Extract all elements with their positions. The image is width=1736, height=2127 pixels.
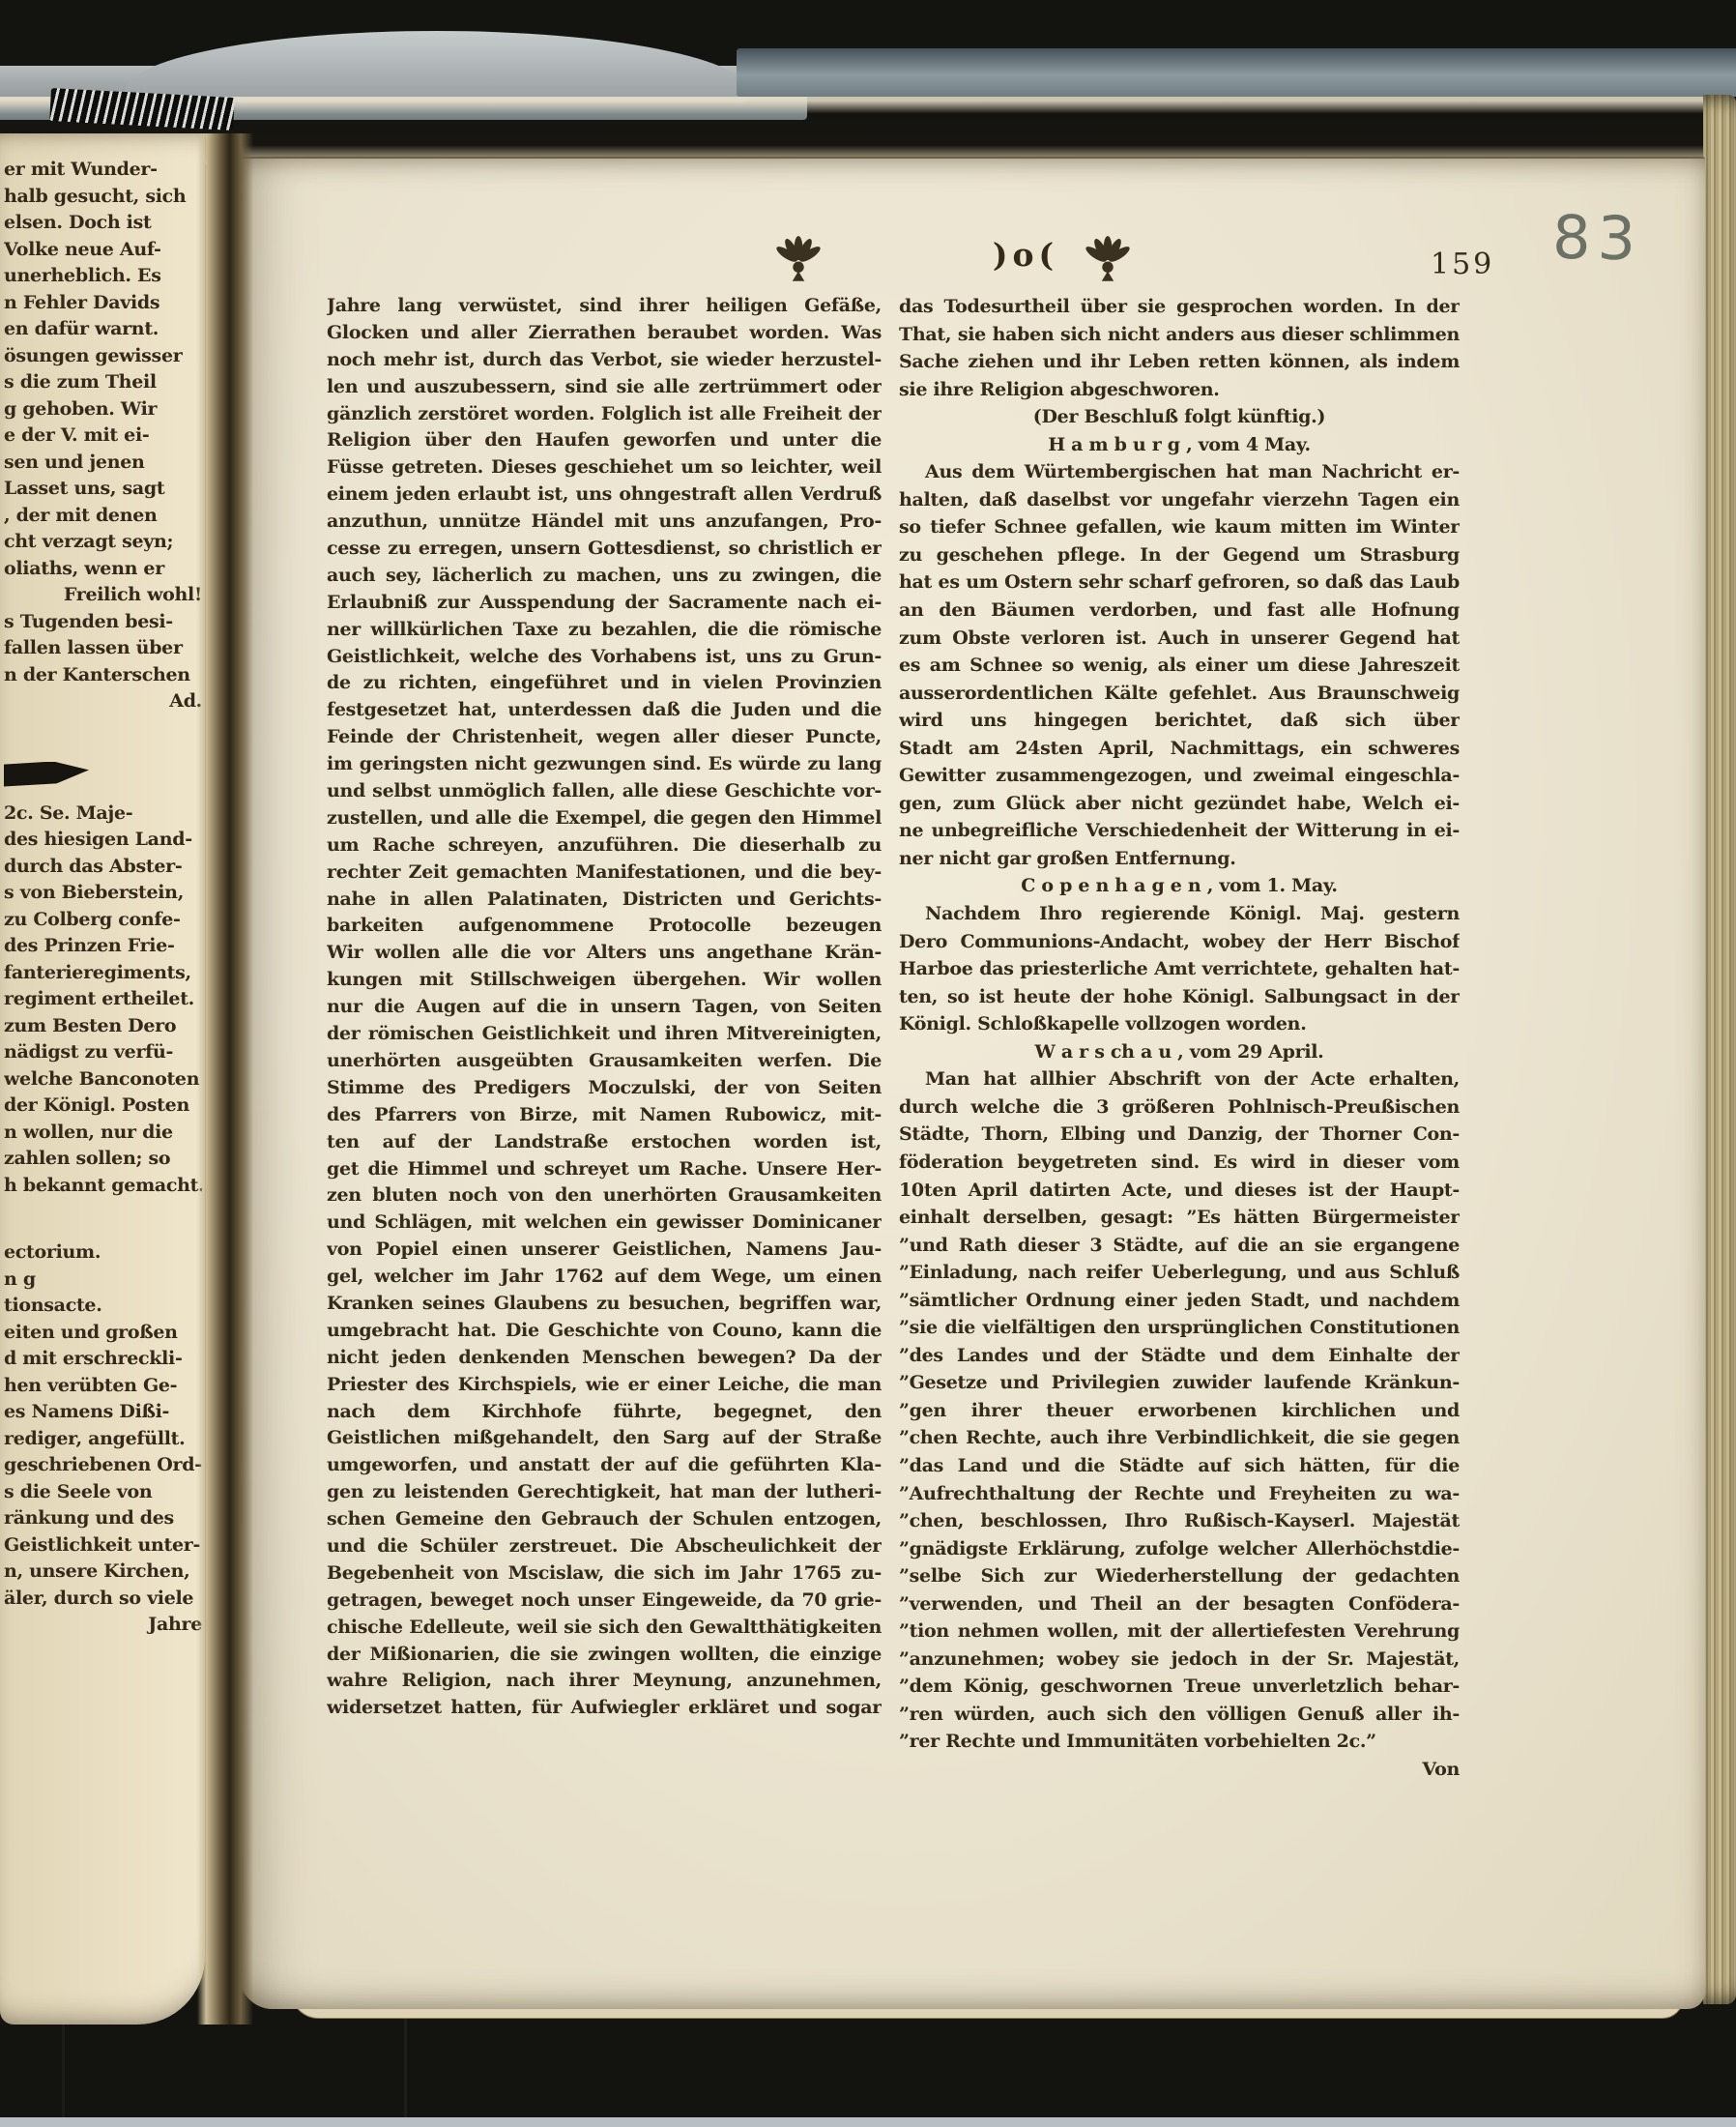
text-line: Gewitter zusammengezogen, und zweimal ei… <box>899 762 1460 790</box>
text-line: Geistlichkeit unter- <box>4 1532 202 1559</box>
text-line: ten, so ist heute der hohe Königl. Salbu… <box>899 983 1460 1011</box>
text-line: Ad. <box>4 688 202 715</box>
text-line: ectorium. <box>4 1239 202 1267</box>
text-line: des hiesigen Land- <box>4 827 202 854</box>
text-line: ”sämtlicher Ordnung einer jeden Stadt, u… <box>899 1287 1460 1315</box>
text-line: tionsacte. <box>4 1293 202 1320</box>
text-line: Priester des Kirchspiels, wie er einer L… <box>327 1372 882 1399</box>
text-line: ”gnädigste Erklärung, zufolge welcher Al… <box>899 1535 1460 1563</box>
text-line: Volke neue Auf- <box>4 237 202 264</box>
text-line: und Schlägen, mit welchen ein gewisser D… <box>327 1209 882 1237</box>
text-column-right: das Todesurtheil über sie gesprochen wor… <box>899 293 1460 1801</box>
text-line: Sache ziehen und ihr Leben retten können… <box>899 348 1460 376</box>
text-line: fallen lassen über <box>4 635 202 662</box>
text-line: ne unbegreifliche Verschiedenheit der Wi… <box>899 817 1460 845</box>
text-line: Königl. Schloßkapelle vollzogen worden. <box>899 1010 1460 1038</box>
text-line: äler, durch so viele <box>4 1586 202 1613</box>
text-line: ösungen gewisser <box>4 343 202 370</box>
text-line: ”Aufrechthaltung der Rechte und Freyheit… <box>899 1480 1460 1508</box>
text-line: der Mißionarien, die sie zwingen wollten… <box>327 1642 882 1669</box>
text-line: ner willkürlichen Taxe zu bezahlen, die … <box>327 617 882 644</box>
text-line: Erlaubniß zur Ausspendung der Sacramente… <box>327 590 882 617</box>
page-top-edges-shading <box>0 97 1724 164</box>
scan-seam <box>404 2017 407 2123</box>
text-line: n, unsere Kirchen, <box>4 1559 202 1586</box>
text-line: s die Seele von <box>4 1479 202 1506</box>
text-line: Von <box>899 1756 1460 1784</box>
header-separator-mark: )o( <box>972 236 1079 280</box>
text-line: wahre Religion, nach ihrer Meynung, anzu… <box>327 1668 882 1695</box>
text-line: Füsse getreten. Dieses geschiehet um so … <box>327 454 882 481</box>
printed-page-number: 159 <box>1431 248 1537 286</box>
text-line: des Prinzen Frie- <box>4 933 202 960</box>
text-line: ”das Land und die Städte auf sich hätten… <box>899 1452 1460 1480</box>
text-line: getragen, beweget noch unser Eingeweide,… <box>327 1588 882 1615</box>
penciled-folio-number: 83 <box>1551 202 1689 291</box>
text-line: es Namens Dißi- <box>4 1399 202 1426</box>
text-line: ”und Rath dieser 3 Städte, auf die an si… <box>899 1232 1460 1260</box>
text-line: ”ren würden, auch sich den völligen Genu… <box>899 1701 1460 1729</box>
text-line: get die Himmel und schreyet um Rache. Un… <box>327 1156 882 1183</box>
text-line: ten auf der Landstraße erstochen worden … <box>327 1129 882 1156</box>
text-line: ”sie die vielfältigen den ursprünglichen… <box>899 1314 1460 1342</box>
text-line: von Popiel einen unserer Geistlichen, Na… <box>327 1237 882 1264</box>
text-line: barkeiten aufgenommene Protocolle bezeug… <box>327 913 882 940</box>
text-line: Geistlichkeit, welche des Vorhabens ist,… <box>327 644 882 671</box>
fleuron-icon <box>773 234 824 288</box>
text-line: durch welche die 3 größeren Pohlnisch-Pr… <box>899 1093 1460 1122</box>
text-line: nicht jeden denkenden Menschen bewegen? … <box>327 1345 882 1372</box>
text-line: noch mehr ist, durch das Verbot, sie wie… <box>327 347 882 374</box>
text-line: zum Besten Dero <box>4 1013 202 1040</box>
text-line: d mit erschreckli- <box>4 1346 202 1373</box>
text-line: ränkung und des <box>4 1505 202 1532</box>
text-line: ner nicht gar großen Entfernung. <box>899 845 1460 873</box>
text-line: Kranken seines Glaubens zu besuchen, beg… <box>327 1291 882 1318</box>
text-line: fanterieregiments, <box>4 960 202 987</box>
book-scan: er mit Wunder-halb gesucht, sichelsen. D… <box>0 0 1736 2127</box>
text-line: nur die Augen auf die in unsern Tagen, v… <box>327 994 882 1021</box>
text-line: Aus dem Würtembergischen hat man Nachric… <box>899 458 1460 486</box>
text-line: n wollen, nur die <box>4 1120 202 1147</box>
text-line: der römischen Geistlichkeit und ihren Mi… <box>327 1021 882 1048</box>
binding-cloth-band-right <box>737 48 1736 97</box>
text-line: der Königl. Posten <box>4 1093 202 1120</box>
text-line: gel, welcher im Jahr 1762 auf dem Wege, … <box>327 1264 882 1291</box>
text-line: , der mit denen <box>4 503 202 530</box>
text-line: Man hat allhier Abschrift von der Acte e… <box>899 1065 1460 1093</box>
text-line: zen bluten noch von den unerhörten Graus… <box>327 1182 882 1209</box>
text-line: ”rer Rechte und Immunitäten vorbehielten… <box>899 1728 1460 1756</box>
text-line: (Der Beschluß folgt künftig.) <box>899 403 1460 431</box>
text-line: so tiefer Schnee gefallen, wie kaum mitt… <box>899 513 1460 541</box>
text-line: n Fehler Davids <box>4 290 202 317</box>
text-line: halb gesucht, sich <box>4 184 202 211</box>
text-line: nädigst zu verfü- <box>4 1039 202 1066</box>
text-line: Lasset uns, sagt <box>4 476 202 503</box>
fleuron-icon <box>1083 234 1133 288</box>
text-line: ”chen, beschlossen, Ihro Rußisch-Kayserl… <box>899 1507 1460 1535</box>
text-line: und die Schüler zerstreuet. Die Abscheul… <box>327 1533 882 1560</box>
text-line: n g <box>4 1267 202 1294</box>
text-line: regiment ertheilet. <box>4 986 202 1013</box>
text-column-left: Jahre lang verwüstet, sind ihrer heilige… <box>327 293 882 1734</box>
text-line: Nachdem Ihro regierende Königl. Maj. ges… <box>899 900 1460 928</box>
text-line: im geringsten nicht gezwungen sind. Es w… <box>327 751 882 778</box>
text-line: föderation beygetreten sind. Es wird in … <box>899 1149 1460 1177</box>
text-line: ”anzunehmen; wobey sie jedoch in der Sr.… <box>899 1646 1460 1674</box>
text-line: um Rache schreyen, anzuführen. Die diese… <box>327 832 882 860</box>
text-line: 2c. Se. Maje- <box>4 801 202 828</box>
text-line: gen, zum Glück aber nicht gezündet habe,… <box>899 790 1460 818</box>
text-line: Stadt am 24sten April, Nachmittags, ein … <box>899 735 1460 763</box>
text-line: ”gen ihrer theuer erworbenen kirchlichen… <box>899 1397 1460 1425</box>
left-page-fragment-text: er mit Wunder-halb gesucht, sichelsen. D… <box>4 157 202 1858</box>
scan-seam <box>62 2021 65 2123</box>
text-line: zu Colberg confe- <box>4 907 202 934</box>
text-line: nahe in allen Palatinaten, Districten un… <box>327 887 882 914</box>
text-line: durch das Abster- <box>4 854 202 881</box>
text-line: halten, daß daselbst vor ungefahr vierze… <box>899 486 1460 514</box>
text-line: de zu richten, eingeführet und in vielen… <box>327 670 882 697</box>
text-line: ”Einladung, nach reifer Ueberlegung, und… <box>899 1259 1460 1287</box>
text-line: an den Bäumen verdorben, und fast alle H… <box>899 597 1460 625</box>
text-line: kungen mit Stillschweigen übergehen. Wir… <box>327 967 882 994</box>
text-line: Stimme des Predigers Moczulski, der von … <box>327 1075 882 1102</box>
text-line: Geistlichen mißgehandelt, den Sarg auf d… <box>327 1425 882 1452</box>
text-line: hen verübten Ge- <box>4 1373 202 1400</box>
text-line: Wir wollen alle die vor Alters uns anget… <box>327 940 882 967</box>
text-line: ausserordentlichen Kälte gefehlet. Aus B… <box>899 680 1460 708</box>
text-line: es am Schnee so wenig, als einer um dies… <box>899 652 1460 680</box>
text-line: 10ten April datirten Acte, und dieses is… <box>899 1177 1460 1205</box>
spacer <box>4 715 202 754</box>
text-line: Feinde der Christenheit, wegen aller die… <box>327 724 882 751</box>
fore-edge-page-stack <box>1703 95 1736 2004</box>
text-line: ”dem König, geschwornen Treue unverletzl… <box>899 1673 1460 1701</box>
text-line: len und auszubessern, sind sie alle zert… <box>327 374 882 401</box>
text-line: C o p e n h a g e n , vom 1. May. <box>899 872 1460 900</box>
text-line: welche Banconoten <box>4 1066 202 1093</box>
text-line: nach dem Kirchhofe führte, begegnet, den… <box>327 1399 882 1426</box>
text-line: rechter Zeit gemachten Manifestationen, … <box>327 860 882 887</box>
text-line: ”des Landes und der Städte und dem Einha… <box>899 1342 1460 1370</box>
text-line: hat es um Ostern sehr scharf gefroren, s… <box>899 568 1460 597</box>
text-line: eiten und großen <box>4 1320 202 1347</box>
text-line: anzuthun, unnütze Händel mit uns anzufan… <box>327 509 882 536</box>
text-line: e der V. mit ei- <box>4 422 202 450</box>
text-line: h bekannt gemacht. <box>4 1173 202 1200</box>
text-line: H a m b u r g , vom 4 May. <box>899 431 1460 459</box>
text-line: das Todesurtheil über sie gesprochen wor… <box>899 293 1460 321</box>
text-line: zustellen, und alle die Exempel, die geg… <box>327 805 882 832</box>
text-line: oliaths, wenn er <box>4 556 202 583</box>
text-line: s von Bieberstein, <box>4 880 202 907</box>
text-line: en dafür warnt. <box>4 316 202 343</box>
text-line: Städte, Thorn, Elbing und Danzig, der Th… <box>899 1121 1460 1149</box>
text-line: Jahre lang verwüstet, sind ihrer heilige… <box>327 293 882 320</box>
text-line: chische Edelleute, weil sie sich den Gew… <box>327 1615 882 1642</box>
ink-blot-mark <box>4 762 89 787</box>
text-line: elsen. Doch ist <box>4 210 202 237</box>
text-line: g gehoben. Wir <box>4 396 202 423</box>
text-line: s Tugenden besi- <box>4 609 202 636</box>
text-line: gänzlich zerstöret worden. Folglich ist … <box>327 401 882 428</box>
text-line: Religion über den Haufen geworfen und un… <box>327 427 882 454</box>
text-line: umgebracht hat. Die Geschichte von Couno… <box>327 1318 882 1345</box>
text-line: That, sie haben sich nicht anders aus di… <box>899 321 1460 349</box>
text-line: zum Obste verloren ist. Auch in unserer … <box>899 625 1460 653</box>
text-line: Dero Communions-Andacht, wobey der Herr … <box>899 928 1460 956</box>
text-line: sen und jenen <box>4 450 202 477</box>
fleuron-ornament-left <box>773 234 824 288</box>
fleuron-ornament-right <box>1083 234 1133 288</box>
text-line: ”chen Rechte, auch ihre Verbindlichkeit,… <box>899 1424 1460 1452</box>
text-line: festgesetzet hat, unterdessen daß die Ju… <box>327 697 882 724</box>
text-line: cesse zu erregen, unsern Gottesdienst, s… <box>327 536 882 563</box>
scanner-bed-strip <box>0 2117 1736 2127</box>
text-line: Jahre <box>4 1612 202 1639</box>
text-line: s die zum Theil <box>4 369 202 396</box>
text-line: ”Gesetze und Privilegien zuwider laufend… <box>899 1369 1460 1397</box>
text-line: ”selbe Sich zur Wiederherstellung der ge… <box>899 1562 1460 1590</box>
text-line: W a r s ch a u , vom 29 April. <box>899 1038 1460 1066</box>
text-line: geschriebenen Ord- <box>4 1452 202 1479</box>
text-line: zahlen sollen; so <box>4 1146 202 1173</box>
text-line: und selbst unmöglich fallen, alle diese … <box>327 778 882 805</box>
text-line: wird uns hingegen berichtet, daß sich üb… <box>899 707 1460 735</box>
text-line: umgeworfen, und anstatt der auf die gefü… <box>327 1452 882 1479</box>
text-line: unerheblich. Es <box>4 263 202 290</box>
text-line: er mit Wunder- <box>4 157 202 184</box>
text-line: ”verwenden, und Theil an der besagten Co… <box>899 1590 1460 1618</box>
text-line: gen zu leistenden Gerechtigkeit, hat man… <box>327 1479 882 1506</box>
text-line: auch sey, lächerlich zu machen, uns zu z… <box>327 563 882 590</box>
text-line: schen Gemeine den Gebrauch der Schulen e… <box>327 1506 882 1533</box>
text-line: rediger, angefüllt. <box>4 1426 202 1453</box>
binding-cloth-bump <box>124 31 750 102</box>
text-line: zu geschehen pflege. In der Gegend um St… <box>899 541 1460 569</box>
text-line: einhalt derselben, gesagt: ”Es hätten Bü… <box>899 1204 1460 1232</box>
text-line: cht verzagt seyn; <box>4 529 202 556</box>
text-line: sie ihre Religion abgeschworen. <box>899 376 1460 404</box>
spacer <box>4 1199 202 1239</box>
text-line: widersetzet hatten, für Aufwiegler erklä… <box>327 1695 882 1722</box>
text-line: Glocken und aller Zierrathen beraubet wo… <box>327 320 882 347</box>
text-line: ”tion nehmen wollen, mit der allertiefes… <box>899 1617 1460 1646</box>
text-line: unerhörten ausgeübten Grausamkeiten werf… <box>327 1048 882 1075</box>
text-line: Begebenheit von Mscislaw, die sich im Ja… <box>327 1560 882 1588</box>
text-line: Freilich wohl! <box>4 582 202 609</box>
text-line: Harboe das priesterliche Amt verrichtete… <box>899 955 1460 983</box>
text-line: n der Kanterschen <box>4 662 202 689</box>
text-line: des Pfarrers von Birze, mit Namen Rubowi… <box>327 1102 882 1129</box>
text-line: einem jeden erlaubt ist, uns ohngestraft… <box>327 481 882 509</box>
